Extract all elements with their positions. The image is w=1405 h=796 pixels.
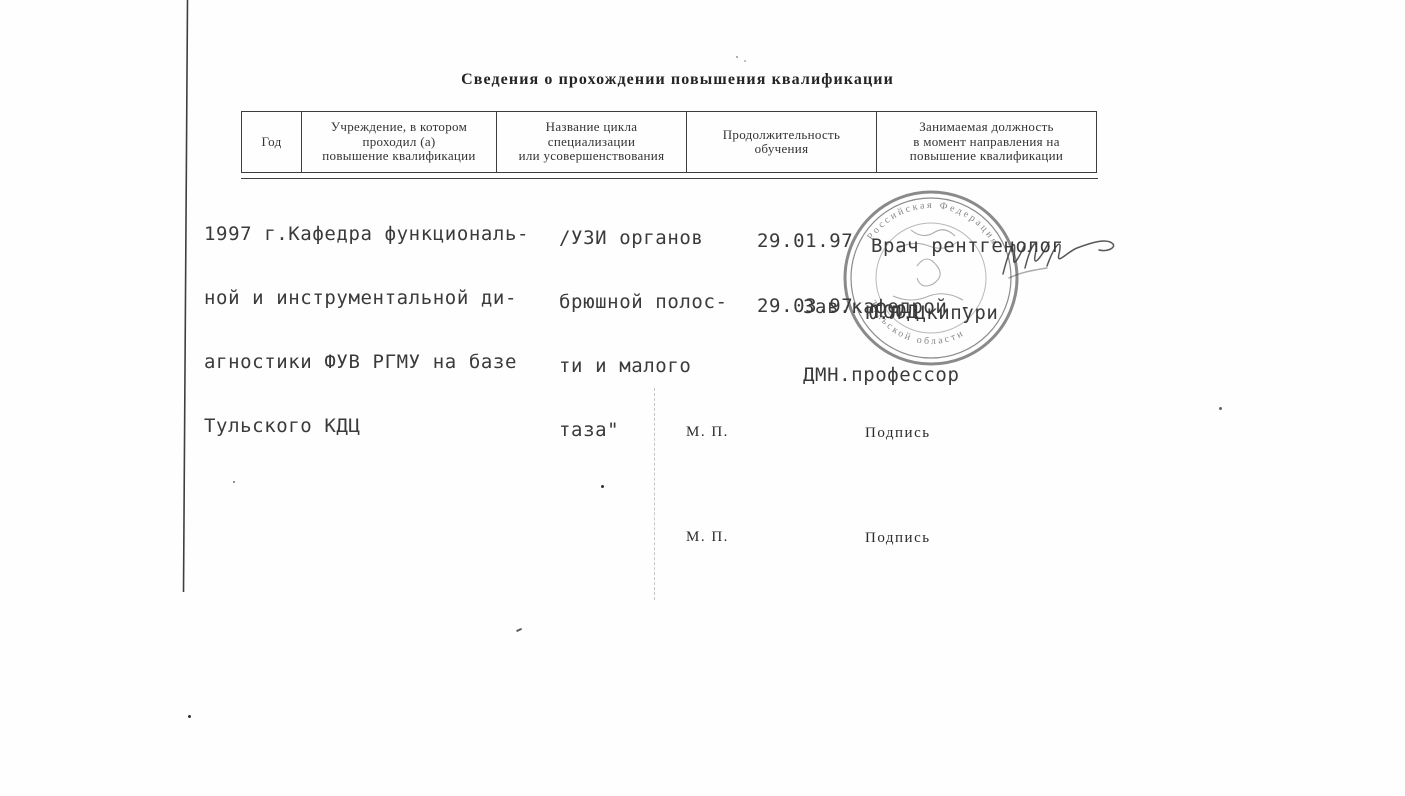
typed-line: 1997 г.Кафедра функциональ- — [204, 223, 529, 243]
header-line: или усовершенствования — [519, 149, 665, 164]
table-header-duration: Продолжительность обучения — [687, 112, 877, 172]
typed-line: /УЗИ органов — [559, 227, 728, 247]
typed-line: ной и инструментальной ди- — [204, 287, 529, 307]
header-line: специализации — [548, 135, 635, 150]
page-title: Сведения о прохождении повышения квалифи… — [250, 71, 1105, 89]
page-edge-line — [170, 0, 200, 600]
artifact-dash — [516, 628, 522, 632]
artifact-dot — [233, 481, 235, 483]
typed-line: ти и малого — [559, 355, 728, 375]
header-line: в момент направления на — [913, 135, 1060, 150]
table-header-cycle: Название цикла специализации или усоверш… — [497, 112, 687, 172]
scanned-document-page: Сведения о прохождении повышения квалифи… — [0, 0, 1405, 796]
header-line: повышение квалификации — [910, 149, 1063, 164]
row-cycle: /УЗИ органов брюшной полос- ти и малого … — [559, 183, 728, 483]
typed-line: ДМН.профессор — [803, 364, 972, 388]
table-header-position: Занимаемая должность в момент направлени… — [877, 112, 1096, 172]
header-line: Год — [261, 135, 281, 150]
signature-label-2: Подпись — [865, 530, 931, 547]
artifact-dot — [601, 485, 604, 488]
typed-line: брюшной полос- — [559, 291, 728, 311]
approval-name: Ю.Л.Цкипури — [866, 302, 998, 324]
mp-label-2: М. П. — [686, 529, 729, 546]
artifact-dot — [736, 56, 738, 58]
header-line: обучения — [755, 142, 809, 157]
header-line: Занимаемая должность — [919, 120, 1054, 135]
typed-line: Тульского КДЦ — [204, 415, 529, 435]
header-line: повышение квалификации — [322, 149, 475, 164]
typed-line: 29.01.97 — [757, 230, 853, 251]
artifact-dot — [744, 60, 746, 62]
row-year-institution: 1997 г.Кафедра функциональ- ной и инстру… — [204, 179, 529, 479]
header-line: Название цикла — [546, 120, 638, 135]
header-line: проходил (а) — [362, 135, 435, 150]
qualification-table-header: Год Учреждение, в котором проходил (а) п… — [241, 111, 1097, 173]
table-header-institution: Учреждение, в котором проходил (а) повыш… — [302, 112, 497, 172]
approval-role: Зав.кафедрой - ДМН.профессор — [803, 252, 972, 432]
header-line: Продолжительность — [723, 128, 841, 143]
header-line: Учреждение, в котором — [331, 120, 467, 135]
table-header-year: Год — [242, 112, 302, 172]
typed-line: таза" — [559, 419, 728, 439]
typed-line: агностики ФУВ РГМУ на базе — [204, 351, 529, 371]
artifact-dot — [188, 715, 191, 718]
artifact-dot — [1219, 407, 1222, 410]
